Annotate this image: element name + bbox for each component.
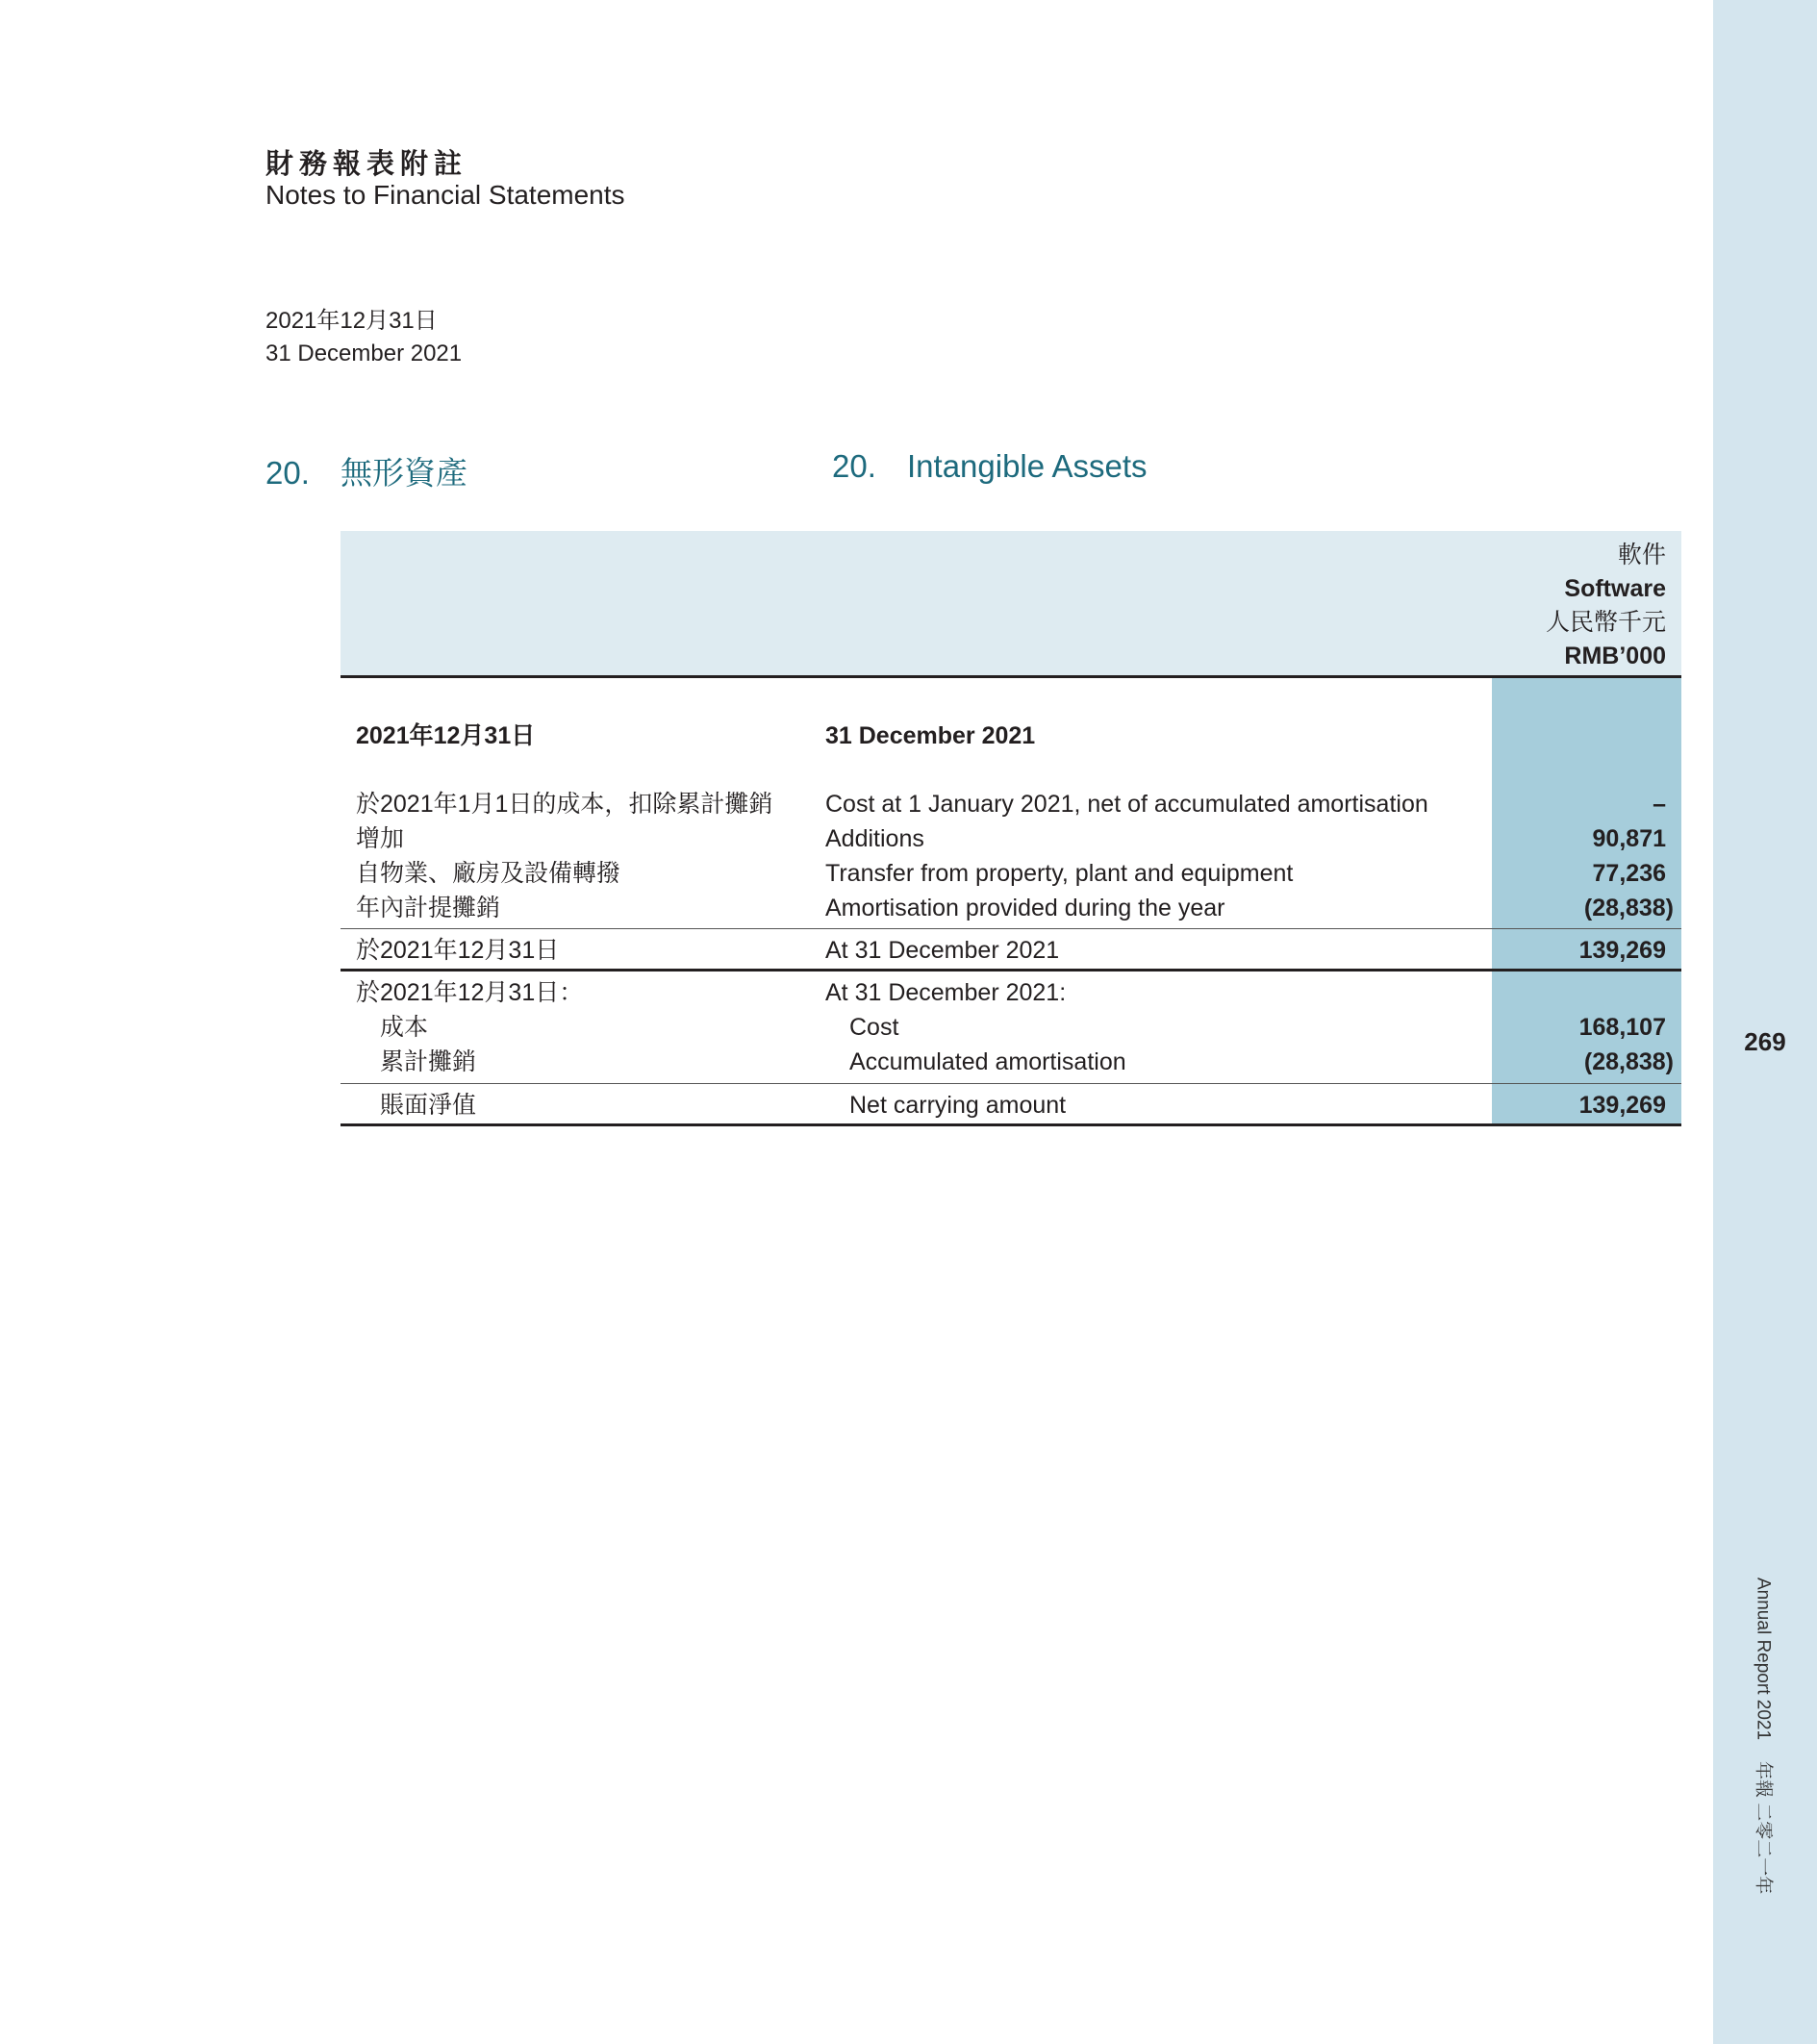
table-row: 於2021年1月1日的成本，扣除累計攤銷 Cost at 1 January 2… xyxy=(341,787,1681,821)
page-title-en: Notes to Financial Statements xyxy=(265,180,625,211)
section-heading-zh: 20.無形資產 xyxy=(265,448,467,493)
section-title-en: Intangible Assets xyxy=(907,448,1148,484)
section-title-zh: 無形資產 xyxy=(341,455,467,491)
table-row: 自物業、廠房及設備轉撥 Transfer from property, plan… xyxy=(341,856,1681,891)
row-divider-thick xyxy=(341,969,1681,972)
table-row-total: 賬面淨值 Net carrying amount 139,269 xyxy=(341,1088,1681,1123)
page-number: 269 xyxy=(1713,1027,1817,1057)
column-name-zh: 軟件 xyxy=(1546,539,1666,572)
section-number: 20. xyxy=(265,455,341,492)
report-date-zh: 2021年12月31日 xyxy=(265,301,438,335)
column-unit-zh: 人民幣千元 xyxy=(1546,606,1666,640)
table-row-subtotal: 於2021年12月31日 At 31 December 2021 139,269 xyxy=(341,933,1681,968)
table-row: 2021年12月31日 31 December 2021 xyxy=(341,719,1681,753)
footer-zh: 年報 二零二一年 xyxy=(1754,1761,1774,1894)
column-name-en: Software xyxy=(1546,572,1666,606)
page-title-zh: 財務報表附註 xyxy=(265,142,467,182)
row-divider xyxy=(341,1083,1681,1084)
table-bottom-rule xyxy=(341,1123,1681,1126)
footer-en: Annual Report 2021 xyxy=(1754,1577,1774,1740)
table-row: 年內計提攤銷 Amortisation provided during the … xyxy=(341,891,1681,925)
table-row: 於2021年12月31日： At 31 December 2021: xyxy=(341,975,1681,1010)
section-number: 20. xyxy=(832,448,907,485)
table-row: 累計攤銷 Accumulated amortisation (28,838) xyxy=(341,1045,1681,1079)
table-row: 增加 Additions 90,871 xyxy=(341,821,1681,856)
row-divider xyxy=(341,928,1681,929)
column-unit-en: RMB’000 xyxy=(1546,640,1666,673)
table-row: 成本 Cost 168,107 xyxy=(341,1010,1681,1045)
intangible-assets-table: 軟件 Software 人民幣千元 RMB’000 2021年12月31日 31… xyxy=(341,531,1681,678)
column-header-software: 軟件 Software 人民幣千元 RMB’000 xyxy=(1546,539,1666,673)
table-header: 軟件 Software 人民幣千元 RMB’000 xyxy=(341,531,1681,678)
section-heading-en: 20.Intangible Assets xyxy=(832,448,1148,485)
report-date-en: 31 December 2021 xyxy=(265,341,462,367)
report-footer: Annual Report 2021年報 二零二一年 xyxy=(1753,1577,1779,1894)
